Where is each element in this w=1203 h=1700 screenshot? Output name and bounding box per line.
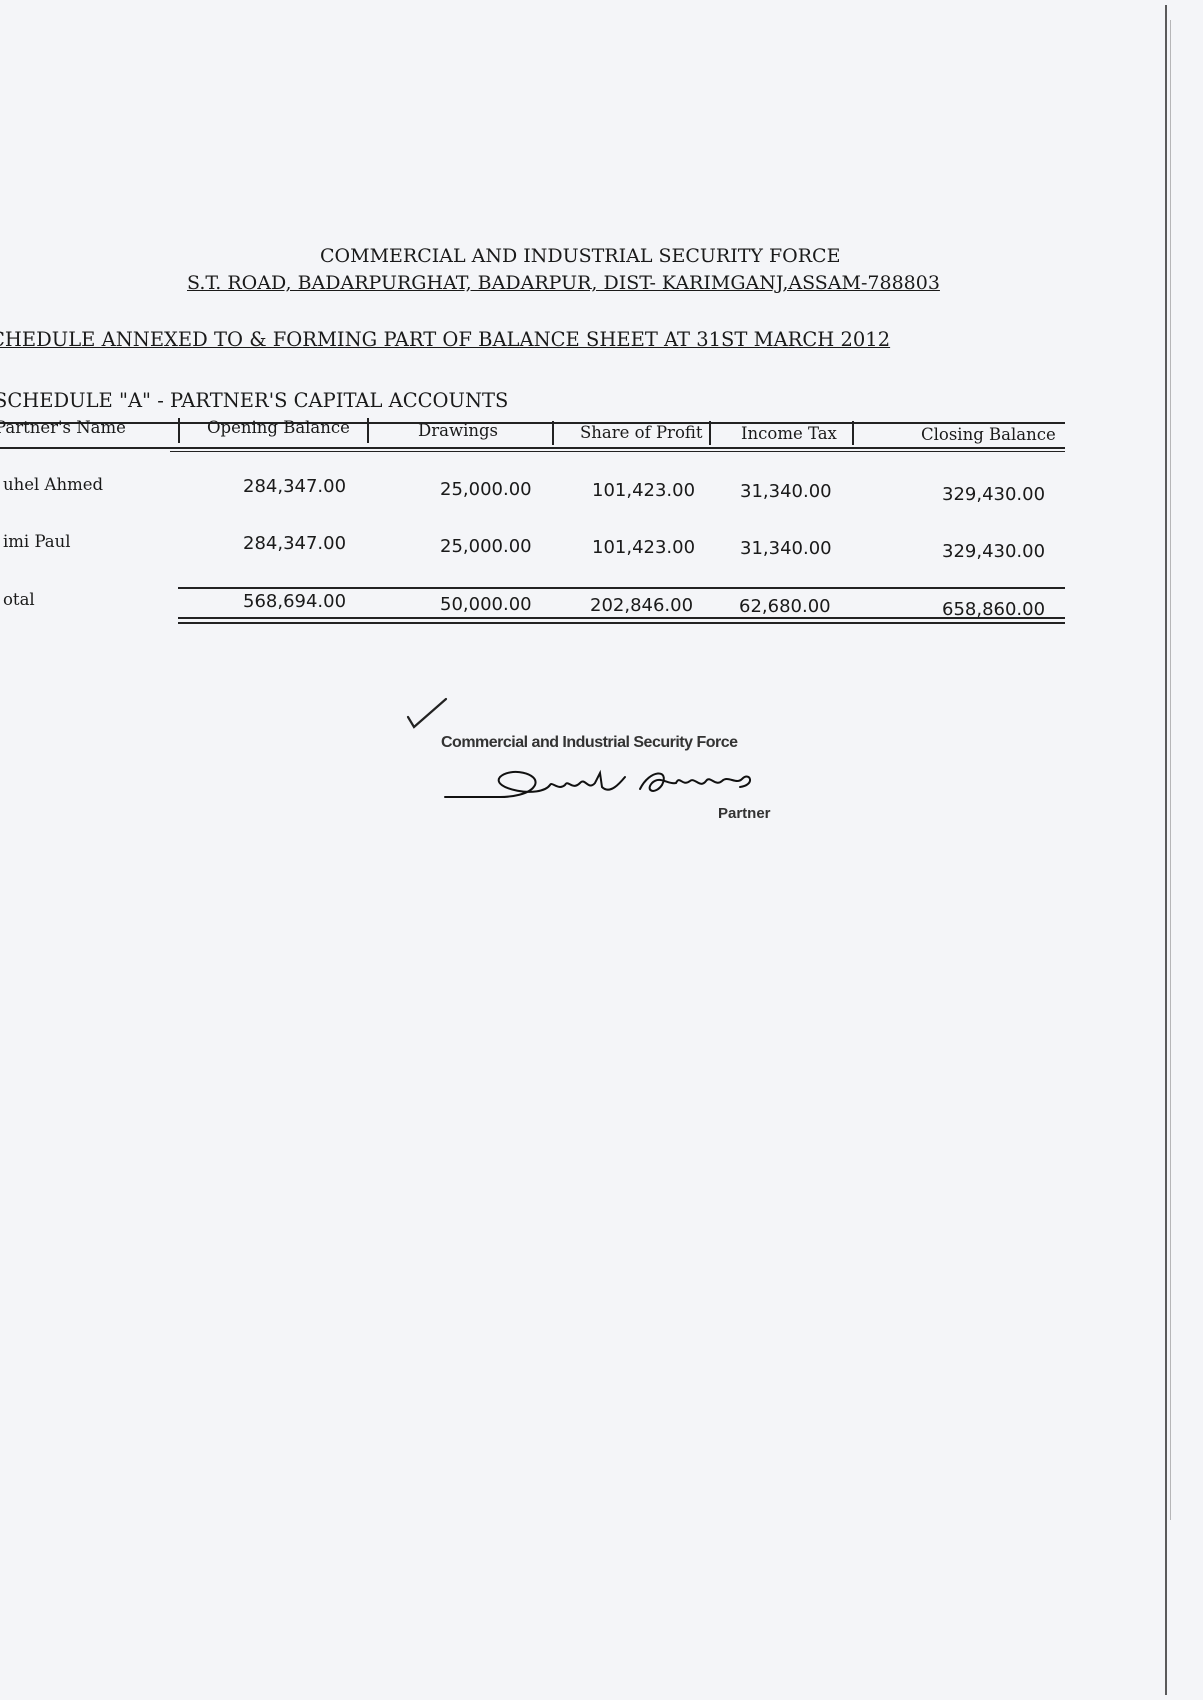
income-tax: 31,340.00 bbox=[740, 481, 832, 502]
share-of-profit: 101,423.00 bbox=[592, 537, 695, 558]
opening-balance: 284,347.00 bbox=[243, 533, 346, 554]
schedule-a-title: SCHEDULE "A" - PARTNER'S CAPITAL ACCOUNT… bbox=[0, 389, 508, 412]
partner-name: uhel Ahmed bbox=[3, 475, 103, 494]
total-double-rule bbox=[178, 622, 1065, 624]
drawings: 25,000.00 bbox=[440, 479, 532, 500]
scan-edge-line bbox=[1170, 20, 1171, 1520]
schedule-heading: CHEDULE ANNEXED TO & FORMING PART OF BAL… bbox=[0, 328, 890, 351]
total-label: otal bbox=[3, 590, 35, 609]
table-top-rule bbox=[0, 422, 1065, 424]
drawings: 25,000.00 bbox=[440, 536, 532, 557]
closing-balance: 329,430.00 bbox=[942, 541, 1045, 562]
income-tax: 31,340.00 bbox=[740, 538, 832, 559]
header-bottom-rule bbox=[0, 447, 1065, 449]
total-bottom-rule bbox=[178, 617, 1065, 619]
signature-role: Partner bbox=[718, 805, 771, 822]
column-divider bbox=[709, 421, 711, 445]
scan-edge-line bbox=[1165, 5, 1167, 1695]
total-share-of-profit: 202,846.00 bbox=[590, 595, 693, 616]
total-drawings: 50,000.00 bbox=[440, 594, 532, 615]
header-partner-name: Partner's Name bbox=[0, 418, 126, 437]
header-income-tax: Income Tax bbox=[741, 424, 837, 443]
total-closing-balance: 658,860.00 bbox=[942, 599, 1045, 620]
header-double-rule bbox=[170, 451, 1065, 452]
column-divider bbox=[552, 421, 554, 445]
share-of-profit: 101,423.00 bbox=[592, 480, 695, 501]
total-income-tax: 62,680.00 bbox=[739, 596, 831, 617]
header-opening-balance: Opening Balance bbox=[207, 418, 350, 437]
company-address: S.T. ROAD, BADARPURGHAT, BADARPUR, DIST-… bbox=[187, 272, 940, 294]
column-divider bbox=[367, 418, 369, 443]
header-drawings: Drawings bbox=[418, 421, 498, 440]
total-top-rule bbox=[178, 587, 1065, 589]
header-share-of-profit: Share of Profit bbox=[580, 423, 703, 442]
checkmark-icon bbox=[400, 695, 450, 735]
handwritten-signature bbox=[440, 755, 780, 805]
opening-balance: 284,347.00 bbox=[243, 476, 346, 497]
column-divider bbox=[852, 421, 854, 445]
column-divider bbox=[178, 418, 180, 443]
company-title: COMMERCIAL AND INDUSTRIAL SECURITY FORCE bbox=[320, 245, 840, 267]
partner-name: imi Paul bbox=[3, 532, 71, 551]
header-closing-balance: Closing Balance bbox=[921, 425, 1056, 444]
total-opening-balance: 568,694.00 bbox=[243, 591, 346, 612]
closing-balance: 329,430.00 bbox=[942, 484, 1045, 505]
signature-firm-stamp: Commercial and Industrial Security Force bbox=[441, 734, 738, 752]
